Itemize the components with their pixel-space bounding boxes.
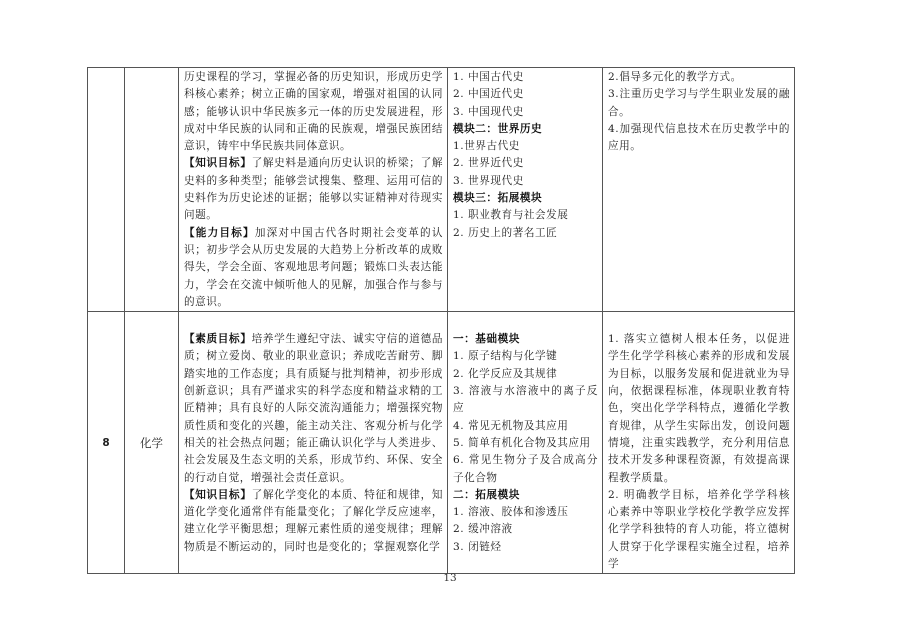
row-index: 8 [102, 437, 109, 449]
module-heading: 模块二：世界历史 [453, 121, 598, 138]
content-item: 2. 化学反应及其规律 [453, 366, 598, 383]
page-number: 13 [0, 572, 900, 584]
content-cell: 一：基础模块 1. 原子结构与化学键 2. 化学反应及其规律 3. 溶液与水溶液… [448, 312, 603, 574]
content-item: 2. 世界近代史 [453, 155, 598, 172]
requirement-item: 1. 落实立德树人根本任务，以促进学生化学学科核心素养的形成和发展为目标，以服务… [608, 331, 790, 487]
content-item: 3. 溶液与水溶液中的离子反应 [453, 383, 598, 418]
subject-cell: 化学 [125, 312, 179, 574]
content-item: 2. 历史上的著名工匠 [453, 225, 598, 242]
requirement-item: 3.注重历史学习与学生职业发展的融合。 [608, 86, 790, 121]
requirement-item: 2. 明确教学目标，培养化学学科核心素养中等职业学校化学教学应发挥化学学科独特的… [608, 487, 790, 573]
content-item: 1. 职业教育与社会发展 [453, 207, 598, 224]
requirement-item: 2.倡导多元化的教学方式。 [608, 69, 790, 86]
content-item: 3. 中国现代史 [453, 104, 598, 121]
objectives-cell: 历史课程的学习，掌握必备的历史知识，形成历史学科核心素养；树立正确的国家观，增强… [179, 68, 448, 312]
content-cell: 1. 中国古代史 2. 中国近代史 3. 中国现代史 模块二：世界历史 1.世界… [448, 68, 603, 312]
objective-paragraph-knowledge: 【知识目标】了解化学变化的本质、特征和规律，知道化学变化通常伴有能量变化；了解化… [184, 487, 443, 556]
content-item: 1. 原子结构与化学键 [453, 348, 598, 365]
content-item: 6. 常见生物分子及合成高分子化合物 [453, 452, 598, 487]
objective-paragraph-ability: 【能力目标】加深对中国古代各时期社会变革的认识；初步学会从历史发展的大趋势上分析… [184, 225, 443, 311]
row-index-cell [88, 68, 125, 312]
requirements-cell: 2.倡导多元化的教学方式。 3.注重历史学习与学生职业发展的融合。 4.加强现代… [603, 68, 795, 312]
content-item: 3. 闭链烃 [453, 539, 598, 556]
content-item: 1. 溶液、胶体和渗透压 [453, 504, 598, 521]
content-item: 1.世界古代史 [453, 138, 598, 155]
content-item: 5. 简单有机化合物及其应用 [453, 435, 598, 452]
objective-label: 【能力目标】 [184, 227, 255, 239]
objective-label: 【素质目标】 [184, 333, 252, 345]
content-item: 1. 中国古代史 [453, 69, 598, 86]
subject-name: 化学 [140, 436, 163, 450]
module-heading: 二：拓展模块 [453, 487, 598, 504]
curriculum-table: 历史课程的学习，掌握必备的历史知识，形成历史学科核心素养；树立正确的国家观，增强… [87, 67, 795, 574]
row-index-cell: 8 [88, 312, 125, 574]
content-item: 2. 缓冲溶液 [453, 521, 598, 538]
module-heading: 一：基础模块 [453, 331, 598, 348]
requirement-item: 4.加强现代信息技术在历史教学中的应用。 [608, 121, 790, 156]
content-item: 4. 常见无机物及其应用 [453, 418, 598, 435]
table-row-chemistry: 8 化学 【素质目标】培养学生遵纪守法、诚实守信的道德品质；树立爱岗、敬业的职业… [88, 312, 795, 574]
objective-paragraph-quality: 【素质目标】培养学生遵纪守法、诚实守信的道德品质；树立爱岗、敬业的职业意识；养成… [184, 331, 443, 487]
content-item: 3. 世界现代史 [453, 173, 598, 190]
module-heading: 模块三：拓展模块 [453, 190, 598, 207]
subject-cell [125, 68, 179, 312]
objectives-cell: 【素质目标】培养学生遵纪守法、诚实守信的道德品质；树立爱岗、敬业的职业意识；养成… [179, 312, 448, 574]
requirements-cell: 1. 落实立德树人根本任务，以促进学生化学学科核心素养的形成和发展为目标，以服务… [603, 312, 795, 574]
content-item: 2. 中国近代史 [453, 86, 598, 103]
objective-label: 【知识目标】 [184, 489, 252, 501]
objective-label: 【知识目标】 [184, 157, 252, 169]
objective-paragraph: 历史课程的学习，掌握必备的历史知识，形成历史学科核心素养；树立正确的国家观，增强… [184, 69, 443, 155]
objective-paragraph-knowledge: 【知识目标】了解史料是通向历史认识的桥梁；了解史料的多种类型；能够尝试搜集、整理… [184, 155, 443, 224]
table-row-history: 历史课程的学习，掌握必备的历史知识，形成历史学科核心素养；树立正确的国家观，增强… [88, 68, 795, 312]
